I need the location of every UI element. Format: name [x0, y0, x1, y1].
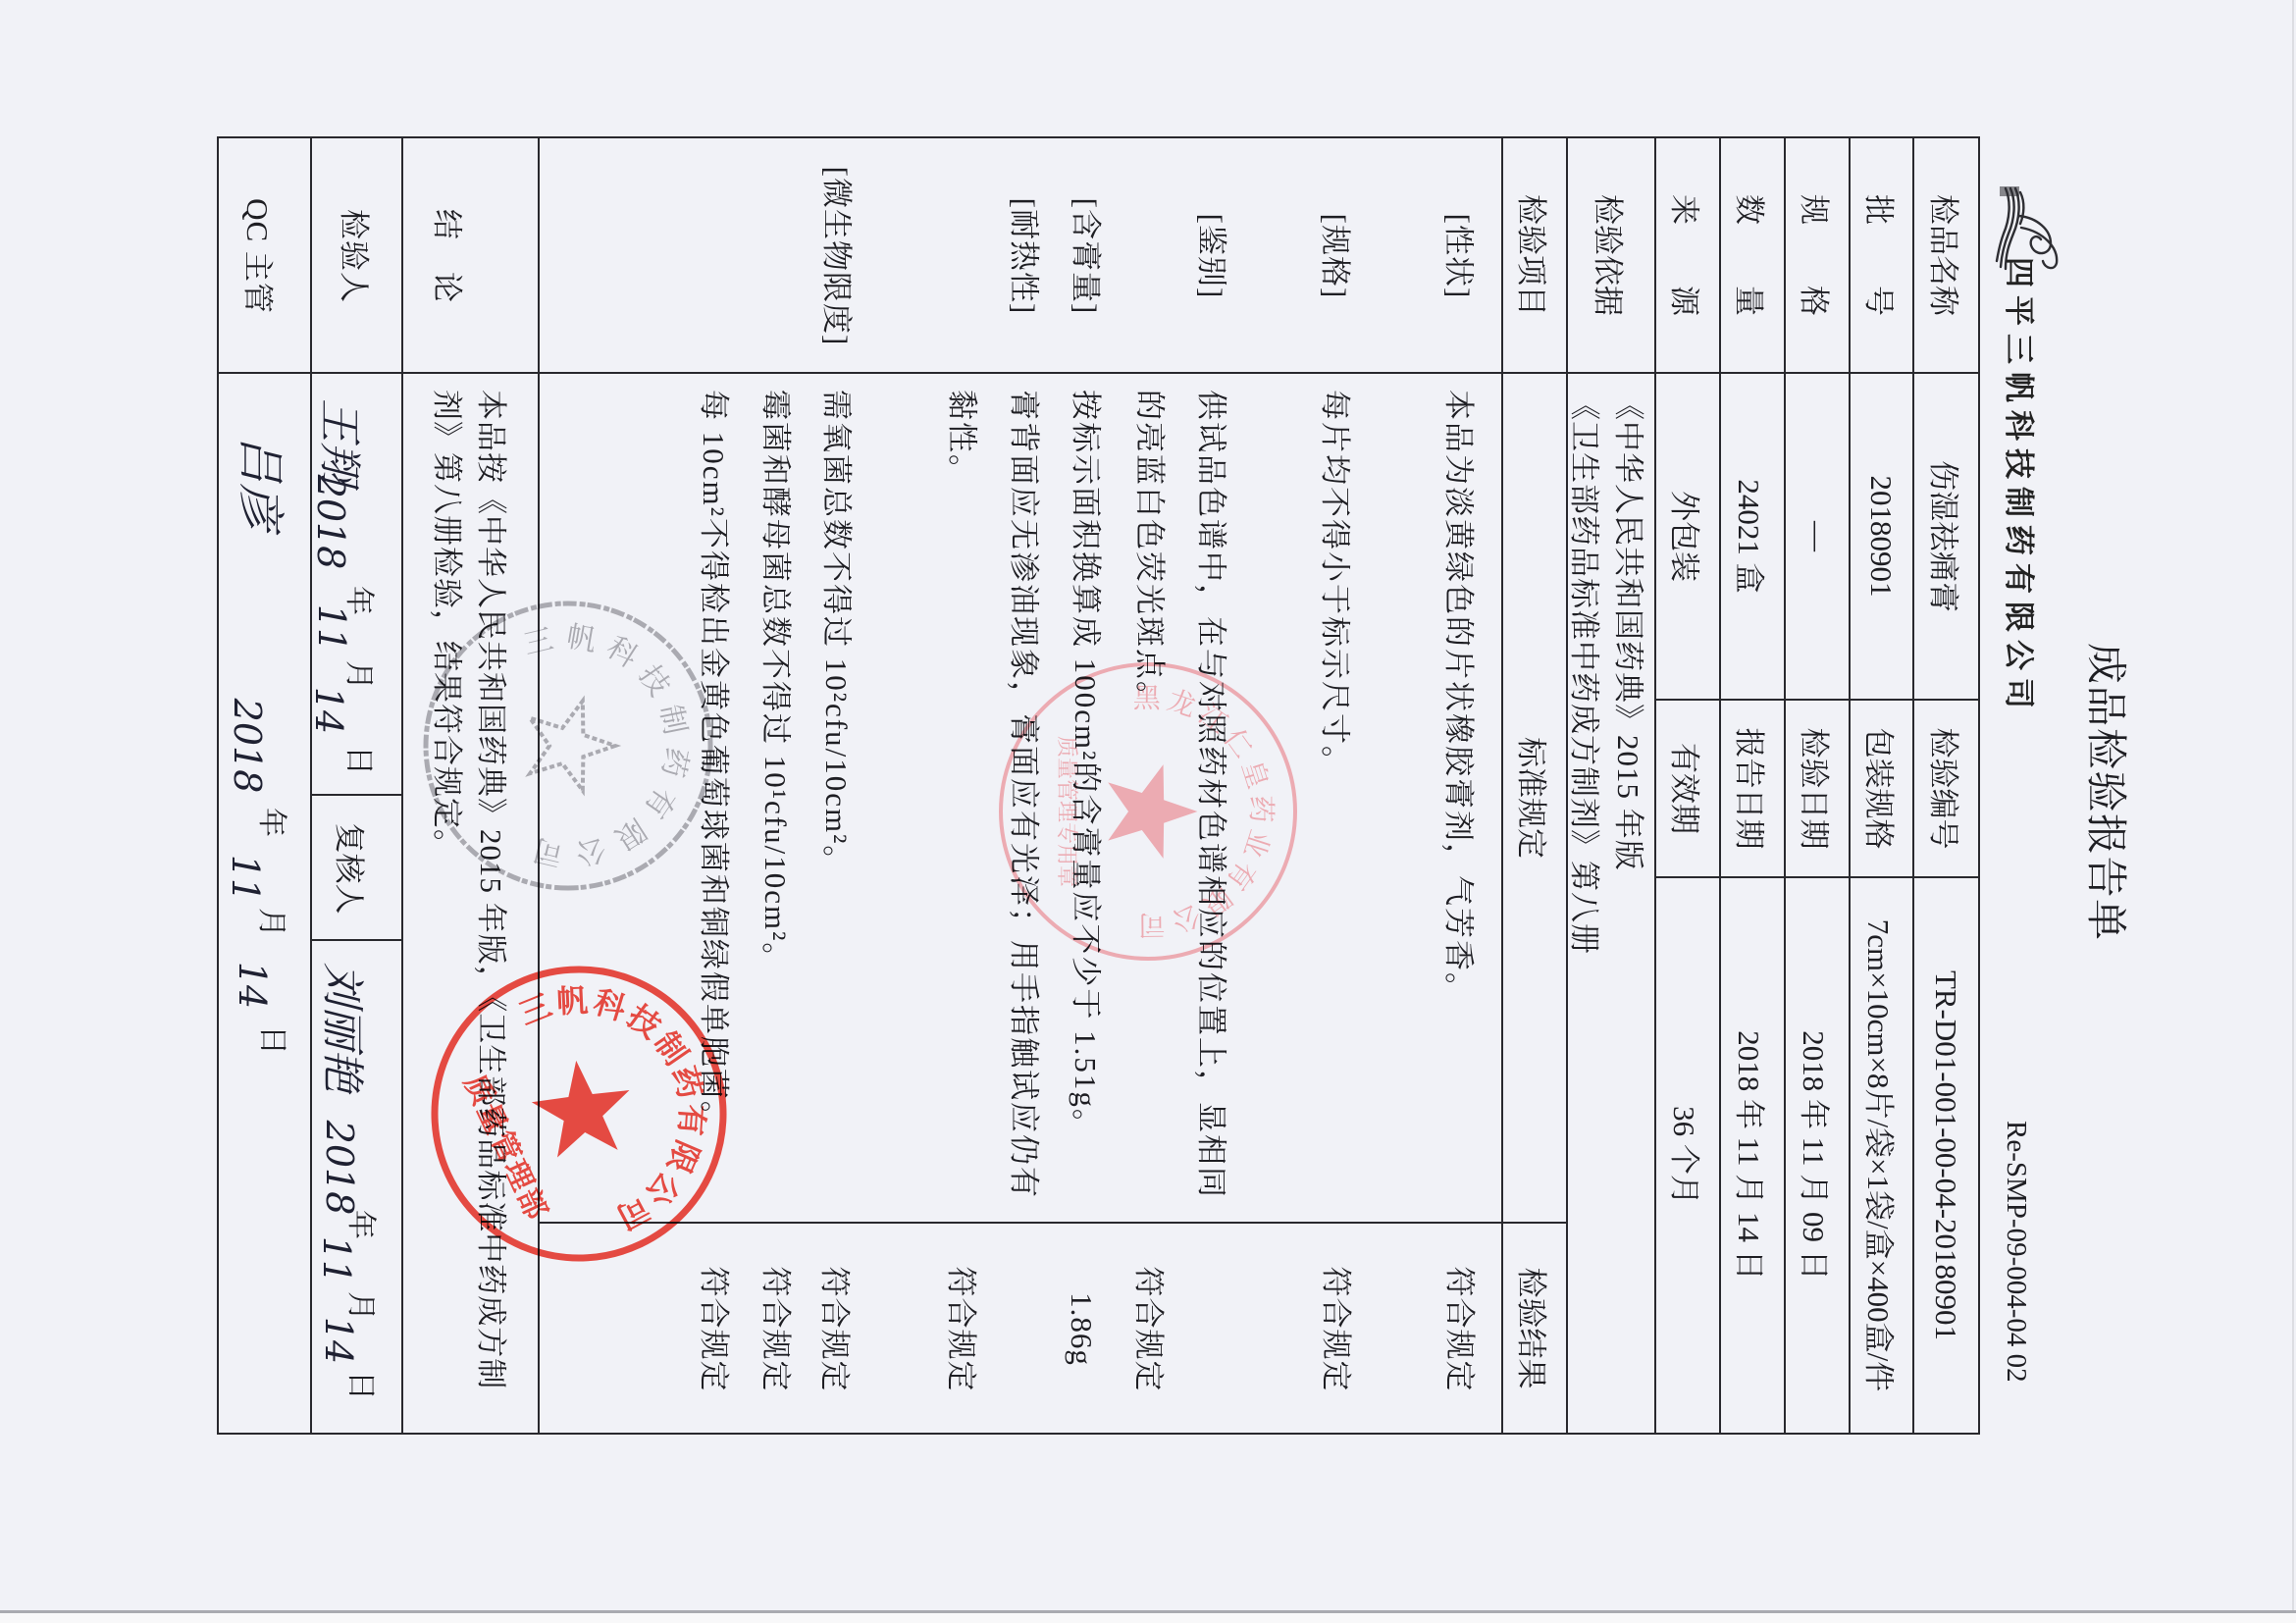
test-standard-line: 本品为淡黄绿色的片状橡胶膏剂，气芳香。: [1438, 390, 1478, 1005]
label: 包装规格: [1859, 728, 1904, 850]
label-cell: 检验日期: [1784, 701, 1849, 878]
value: TR-D01-001-00-04-20180901: [1929, 970, 1964, 1340]
year-unit: 年: [251, 808, 290, 837]
reviewer-month: 11: [313, 1236, 360, 1283]
day-unit: 日: [252, 1025, 291, 1055]
test-result: 符合规定: [941, 1224, 980, 1435]
star-icon: [530, 701, 615, 790]
qc-day: 14: [229, 962, 276, 1009]
value: 伤湿祛痛膏: [1924, 460, 1968, 612]
header-result: 检验结果: [1501, 1224, 1566, 1435]
day-unit: 日: [339, 746, 378, 775]
value: 7cm×10cm×8片/袋×1袋/盒×400盒/件: [1859, 919, 1904, 1392]
label: 规 格: [1796, 194, 1840, 316]
reviewer-signature: 刘丽艳: [318, 963, 365, 1092]
header-item: 检验项目: [1501, 138, 1566, 374]
value-cell: 36 个月: [1654, 878, 1719, 1435]
test-standard-line: 每片均不得小于标示尺寸。: [1315, 390, 1354, 778]
seal-top-text: 三帆科技制药有限公司: [520, 619, 694, 871]
basis-line: 《卫生部药品标准中药成方制剂》第八册: [1564, 390, 1603, 955]
inspector-day: 14: [305, 687, 352, 734]
conclusion-label: 结 论: [427, 138, 466, 374]
value: 36 个月: [1666, 1106, 1710, 1205]
star-icon: [1108, 764, 1197, 859]
test-item-label: [含膏量]: [1066, 138, 1105, 374]
label: 检验编号: [1924, 728, 1968, 850]
value-cell: 20180901: [1849, 374, 1912, 701]
value-cell: 24021 盒: [1719, 374, 1784, 701]
label: 有效期: [1666, 743, 1710, 834]
month-unit: 月: [339, 660, 378, 690]
test-result: 符合规定: [1316, 1224, 1355, 1435]
label-cell: 批 号: [1849, 138, 1912, 374]
test-item-label: [规格]: [1315, 138, 1354, 374]
day-unit: 日: [340, 1371, 380, 1400]
header-label: 检验项目: [1513, 194, 1557, 316]
test-standard-line: 霉菌和酵母菌总数不得过 10¹cfu/10cm²。: [756, 390, 795, 974]
company-name: 四平三帆科技制药有限公司: [1998, 257, 2039, 716]
value-cell: 伤湿祛痛膏: [1912, 374, 1978, 701]
test-item-label: [微生物限度]: [816, 138, 856, 374]
label-cell: [401, 138, 538, 374]
header-standard: 标准规定: [1501, 374, 1566, 1224]
value-cell: TR-D01-001-00-04-20180901: [1912, 878, 1978, 1435]
label-cell: 有效期: [1654, 701, 1719, 878]
value-cell: 7cm×10cm×8片/袋×1袋/盒×400盒/件: [1849, 878, 1912, 1435]
label: 批 号: [1859, 194, 1904, 316]
label-cell: 检验编号: [1912, 701, 1978, 878]
value: —: [1800, 521, 1835, 551]
seal-bottom-text: 质量管理专用章: [1054, 736, 1078, 887]
label: 检验日期: [1796, 728, 1840, 850]
red-seal-stamp: 三帆科技制药有限公司 质量管理部: [422, 957, 736, 1271]
reviewer-day: 14: [315, 1317, 362, 1364]
page-title: 成品检验报告单: [2080, 643, 2129, 942]
label-cell: 检验依据: [1566, 138, 1654, 374]
qc-year: 2018: [224, 699, 271, 794]
header-label: 检验结果: [1513, 1268, 1557, 1389]
label: 报告日期: [1731, 728, 1775, 850]
label-cell: 包装规格: [1849, 701, 1912, 878]
reviewer-year: 2018: [316, 1121, 363, 1216]
report-page: 四平三帆科技制药有限公司 成品检验报告单 Re-SMP-09-004-04 02…: [0, 0, 2296, 1623]
value-cell: 2018 年 11 月 09 日: [1784, 878, 1849, 1435]
label: 检品名称: [1924, 194, 1968, 316]
header-label: 标准规定: [1513, 737, 1557, 859]
qc-month: 11: [222, 855, 269, 902]
inspector-label: 检验人: [334, 138, 373, 374]
value: 2018 年 11 月 14 日: [1731, 1030, 1775, 1281]
value-cell: 2018 年 11 月 14 日: [1719, 878, 1784, 1435]
star-icon: [524, 1045, 651, 1174]
test-result: 符合规定: [814, 1224, 854, 1435]
form-code: Re-SMP-09-004-04 02: [1998, 1121, 2035, 1383]
label-cell: 规 格: [1784, 138, 1849, 374]
test-standard-line: 黏性。: [942, 390, 981, 487]
label: 检验依据: [1590, 194, 1634, 316]
gray-seal-stamp: 三帆科技制药有限公司: [411, 589, 725, 903]
test-item-label: [耐热性]: [1004, 138, 1043, 374]
value-cell: 外包装: [1654, 374, 1719, 701]
value-cell: —: [1784, 374, 1849, 701]
year-unit: 年: [340, 1210, 380, 1239]
test-item-label: [性状]: [1438, 138, 1478, 374]
month-unit: 月: [251, 908, 290, 937]
test-result: 符合规定: [1128, 1224, 1168, 1435]
value: 20180901: [1864, 476, 1900, 598]
value: 外包装: [1666, 491, 1710, 582]
basis-line: 《中华人民共和国药典》2015 年版: [1608, 390, 1647, 871]
label: 来 源: [1666, 194, 1710, 316]
qc-signature: 吕彦: [236, 436, 284, 530]
value: 2018 年 11 月 09 日: [1796, 1030, 1840, 1281]
value: 24021 盒: [1731, 479, 1775, 593]
seal-bottom-text: 质量管理部: [457, 1070, 554, 1227]
test-result: 1.86g: [1062, 1224, 1101, 1435]
inspector-year: 2018: [307, 475, 354, 570]
qc-signature-cell: [217, 374, 310, 1435]
svg-text:三帆科技制药有限公司: 三帆科技制药有限公司: [520, 619, 694, 871]
label-cell: 数 量: [1719, 138, 1784, 374]
inspector-month: 11: [308, 604, 355, 652]
label-cell: 来 源: [1654, 138, 1719, 374]
qc-label: QC 主管: [237, 138, 277, 374]
reviewer-label: 复核人: [329, 823, 368, 915]
test-result: 符合规定: [1439, 1224, 1479, 1435]
conclusion-cell: [401, 374, 538, 1435]
test-standard-line: 需氧菌总数不得过 10²cfu/10cm²。: [816, 390, 856, 877]
test-item-label: [鉴别]: [1191, 138, 1230, 374]
inspector-signature: 王翔: [315, 398, 362, 485]
test-result: 符合规定: [756, 1224, 795, 1435]
label: 数 量: [1731, 194, 1775, 316]
label-cell: 检品名称: [1912, 138, 1978, 374]
label-cell: 报告日期: [1719, 701, 1784, 878]
pink-seal-stamp: 黑龙江仁皇药业有限公司 质量管理专用章: [991, 654, 1305, 969]
